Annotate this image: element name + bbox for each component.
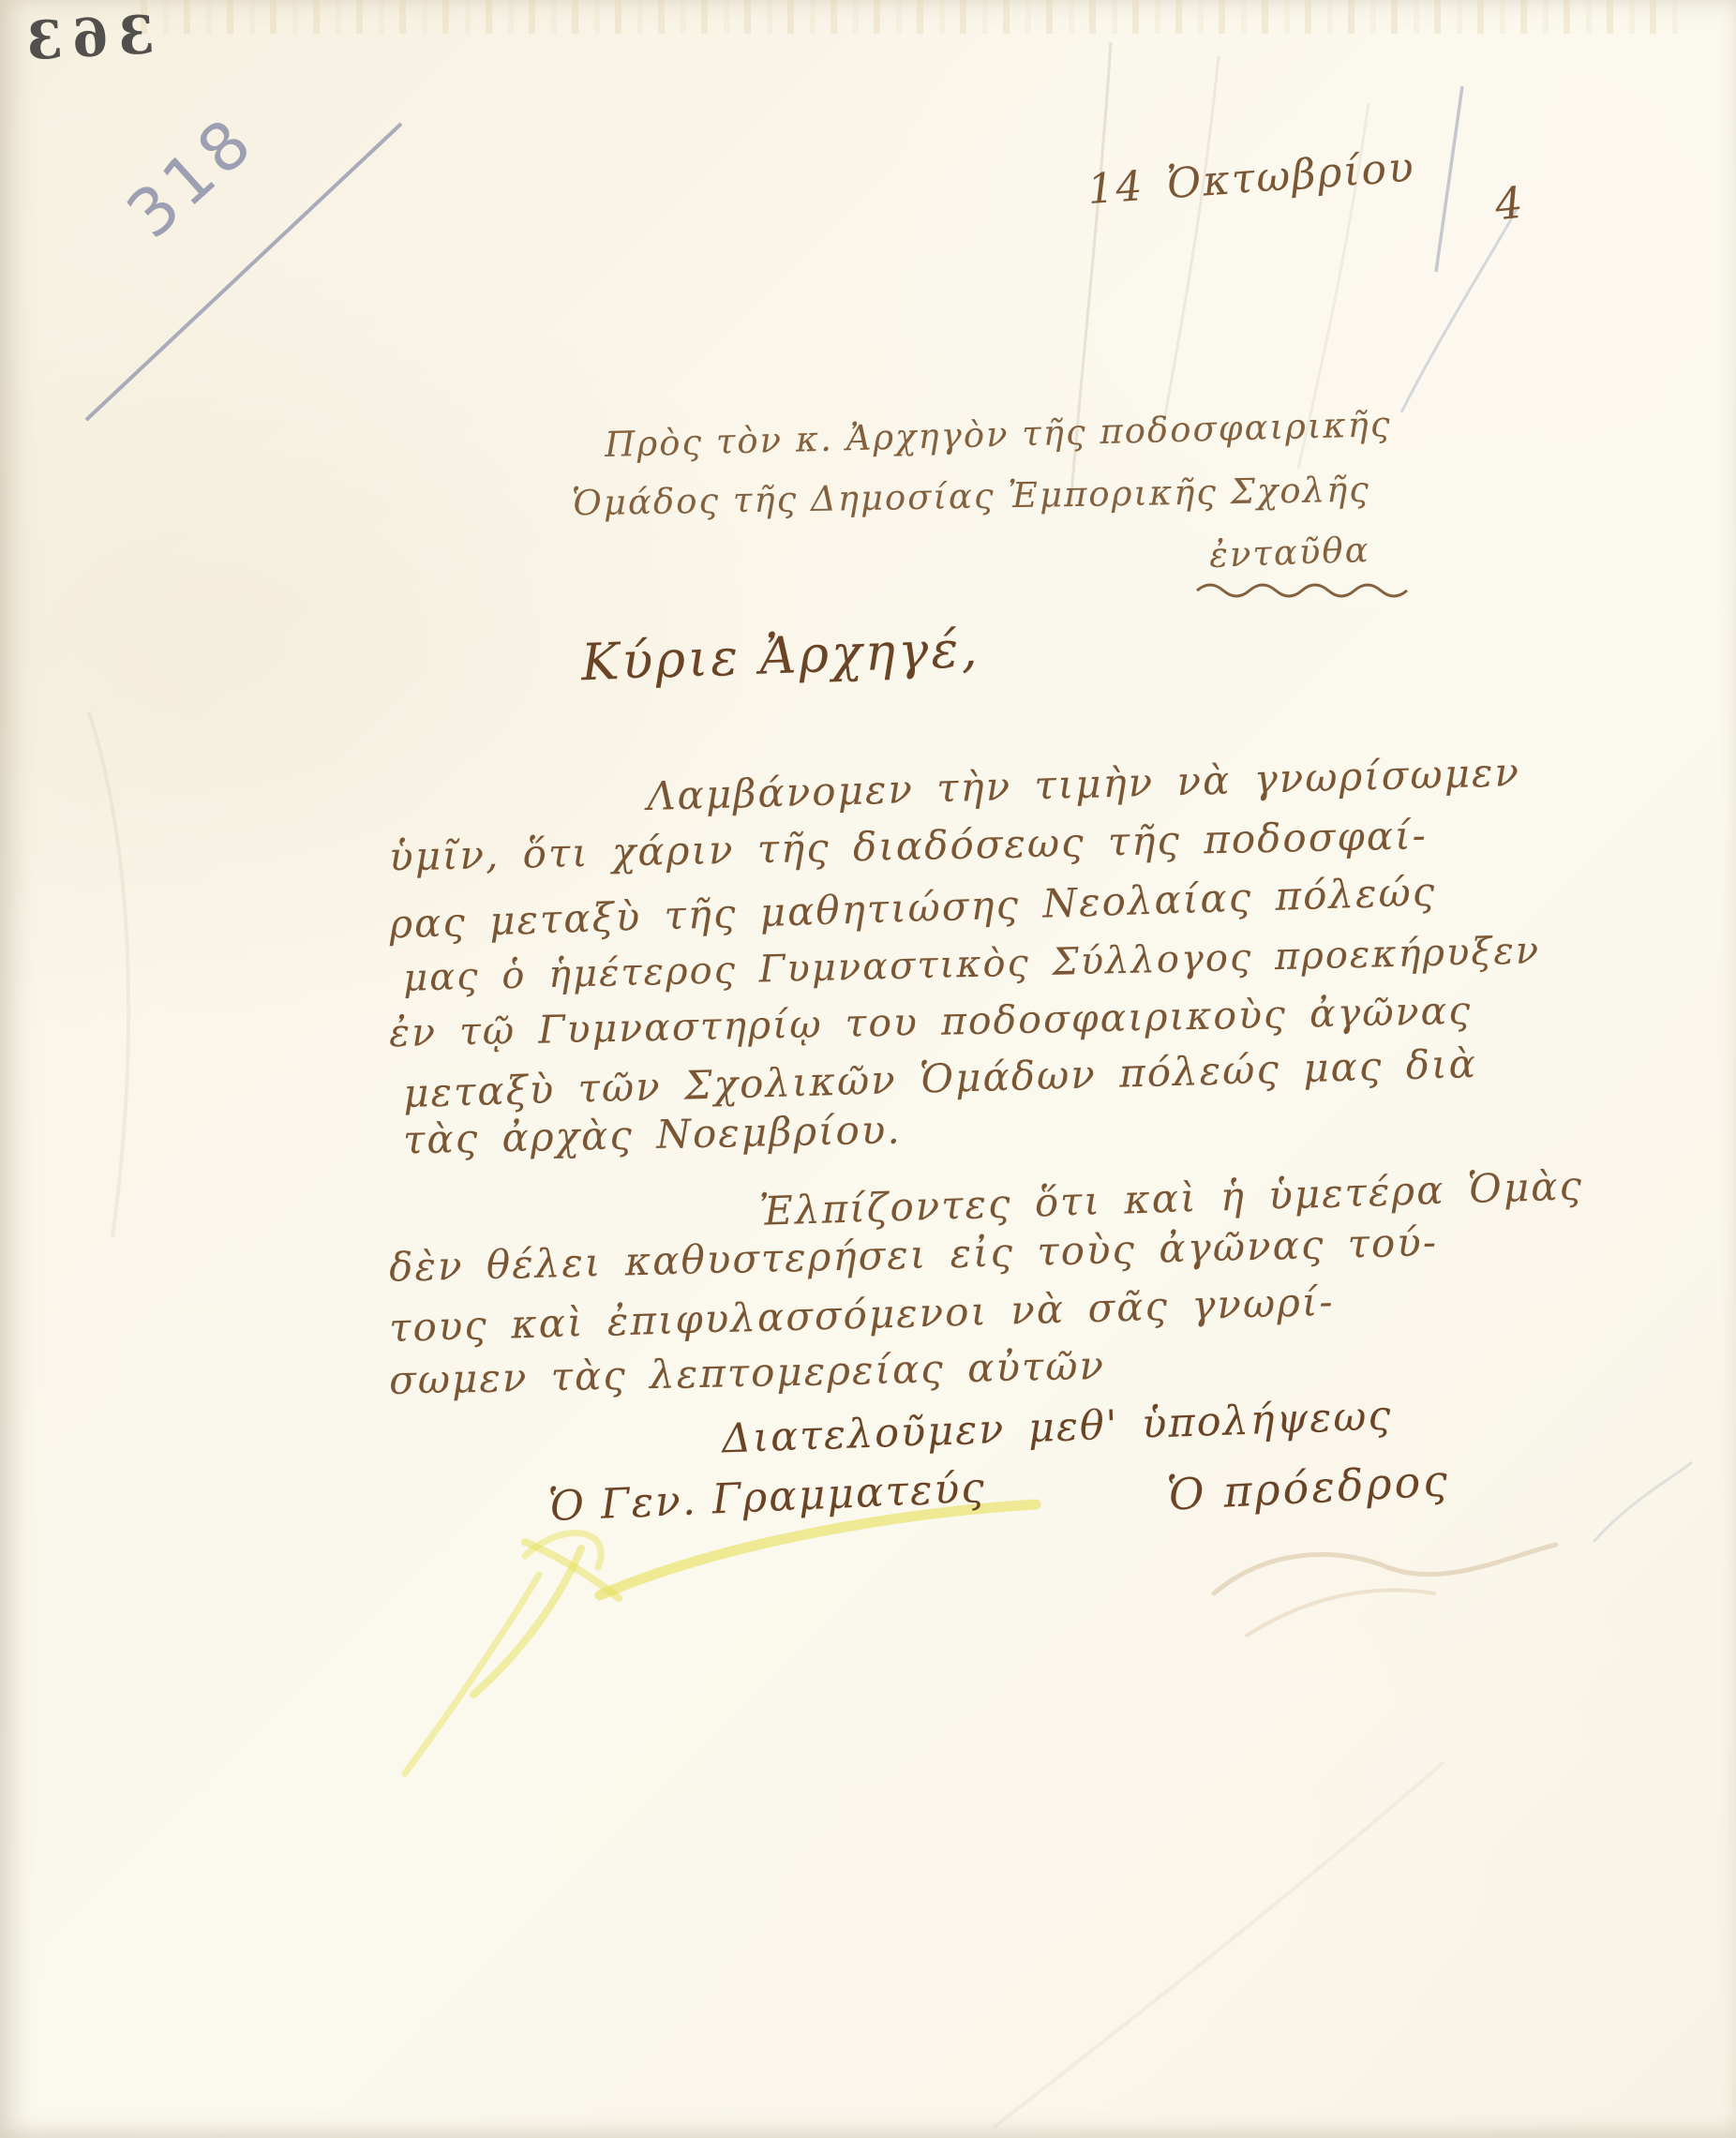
wavy-underline bbox=[1195, 579, 1411, 600]
closing-line: Διατελοῦμεν μεθ' ὑπολήψεως bbox=[721, 1393, 1393, 1463]
pencil-catalogue-number: 318 bbox=[112, 101, 270, 253]
date-day-month: 14 Ὀκτωβρίου bbox=[1086, 143, 1417, 214]
body-line: σωμεν τὰς λεπτομερείας αὐτῶν bbox=[389, 1342, 1106, 1403]
pencil-stroke bbox=[1436, 86, 1462, 272]
recipient-line-3: ἐνταῦθα bbox=[1208, 530, 1370, 576]
body-line: τὰς ἀρχὰς Νοεμβρίου. bbox=[403, 1106, 903, 1162]
yellow-highlighter-scribble bbox=[405, 1504, 1036, 1773]
date-year-digit: 4 bbox=[1492, 177, 1527, 231]
body-line: Ἐλπίζοντες ὅτι καὶ ἡ ὑμετέρα Ὁμὰς bbox=[758, 1162, 1583, 1234]
recipient-line-1: Πρὸς τὸν κ. Ἀρχηγὸν τῆς ποδοσφαιρικῆς bbox=[605, 404, 1392, 465]
paper-crease bbox=[1160, 56, 1219, 441]
pencil-scribble bbox=[1594, 1462, 1692, 1542]
page-top-edge-texture bbox=[141, 0, 1678, 34]
paper-crease bbox=[89, 712, 128, 1237]
archive-stamp-number: 363 bbox=[15, 4, 156, 73]
body-line: ὑμῖν, ὅτι χάριν τῆς διαδόσεως τῆς ποδοσφ… bbox=[389, 812, 1429, 879]
president-signature-scribble bbox=[1214, 1545, 1556, 1636]
salutation: Κύριε Ἀρχηγέ, bbox=[580, 620, 980, 693]
pencil-stroke bbox=[1401, 206, 1519, 412]
paper-crease bbox=[994, 1762, 1444, 2128]
signature-left-title: Ὁ Γεν. Γραμματεύς bbox=[547, 1464, 987, 1531]
body-line: τους καὶ ἐπιφυλασσόμενοι νὰ σᾶς γνωρί- bbox=[389, 1278, 1336, 1351]
body-line: Λαμβάνομεν τὴν τιμὴν νὰ γνωρίσωμεν bbox=[646, 749, 1520, 819]
signature-right-title: Ὁ πρόεδρος bbox=[1166, 1455, 1451, 1520]
scanned-letter-page: 363 318 14 Ὀκτωβρίου 4 Πρὸς τὸν κ. Ἀρχηγ… bbox=[0, 0, 1736, 2138]
recipient-line-2: Ὁμάδος τῆς Δημοσίας Ἐμπορικῆς Σχολῆς bbox=[572, 470, 1371, 524]
